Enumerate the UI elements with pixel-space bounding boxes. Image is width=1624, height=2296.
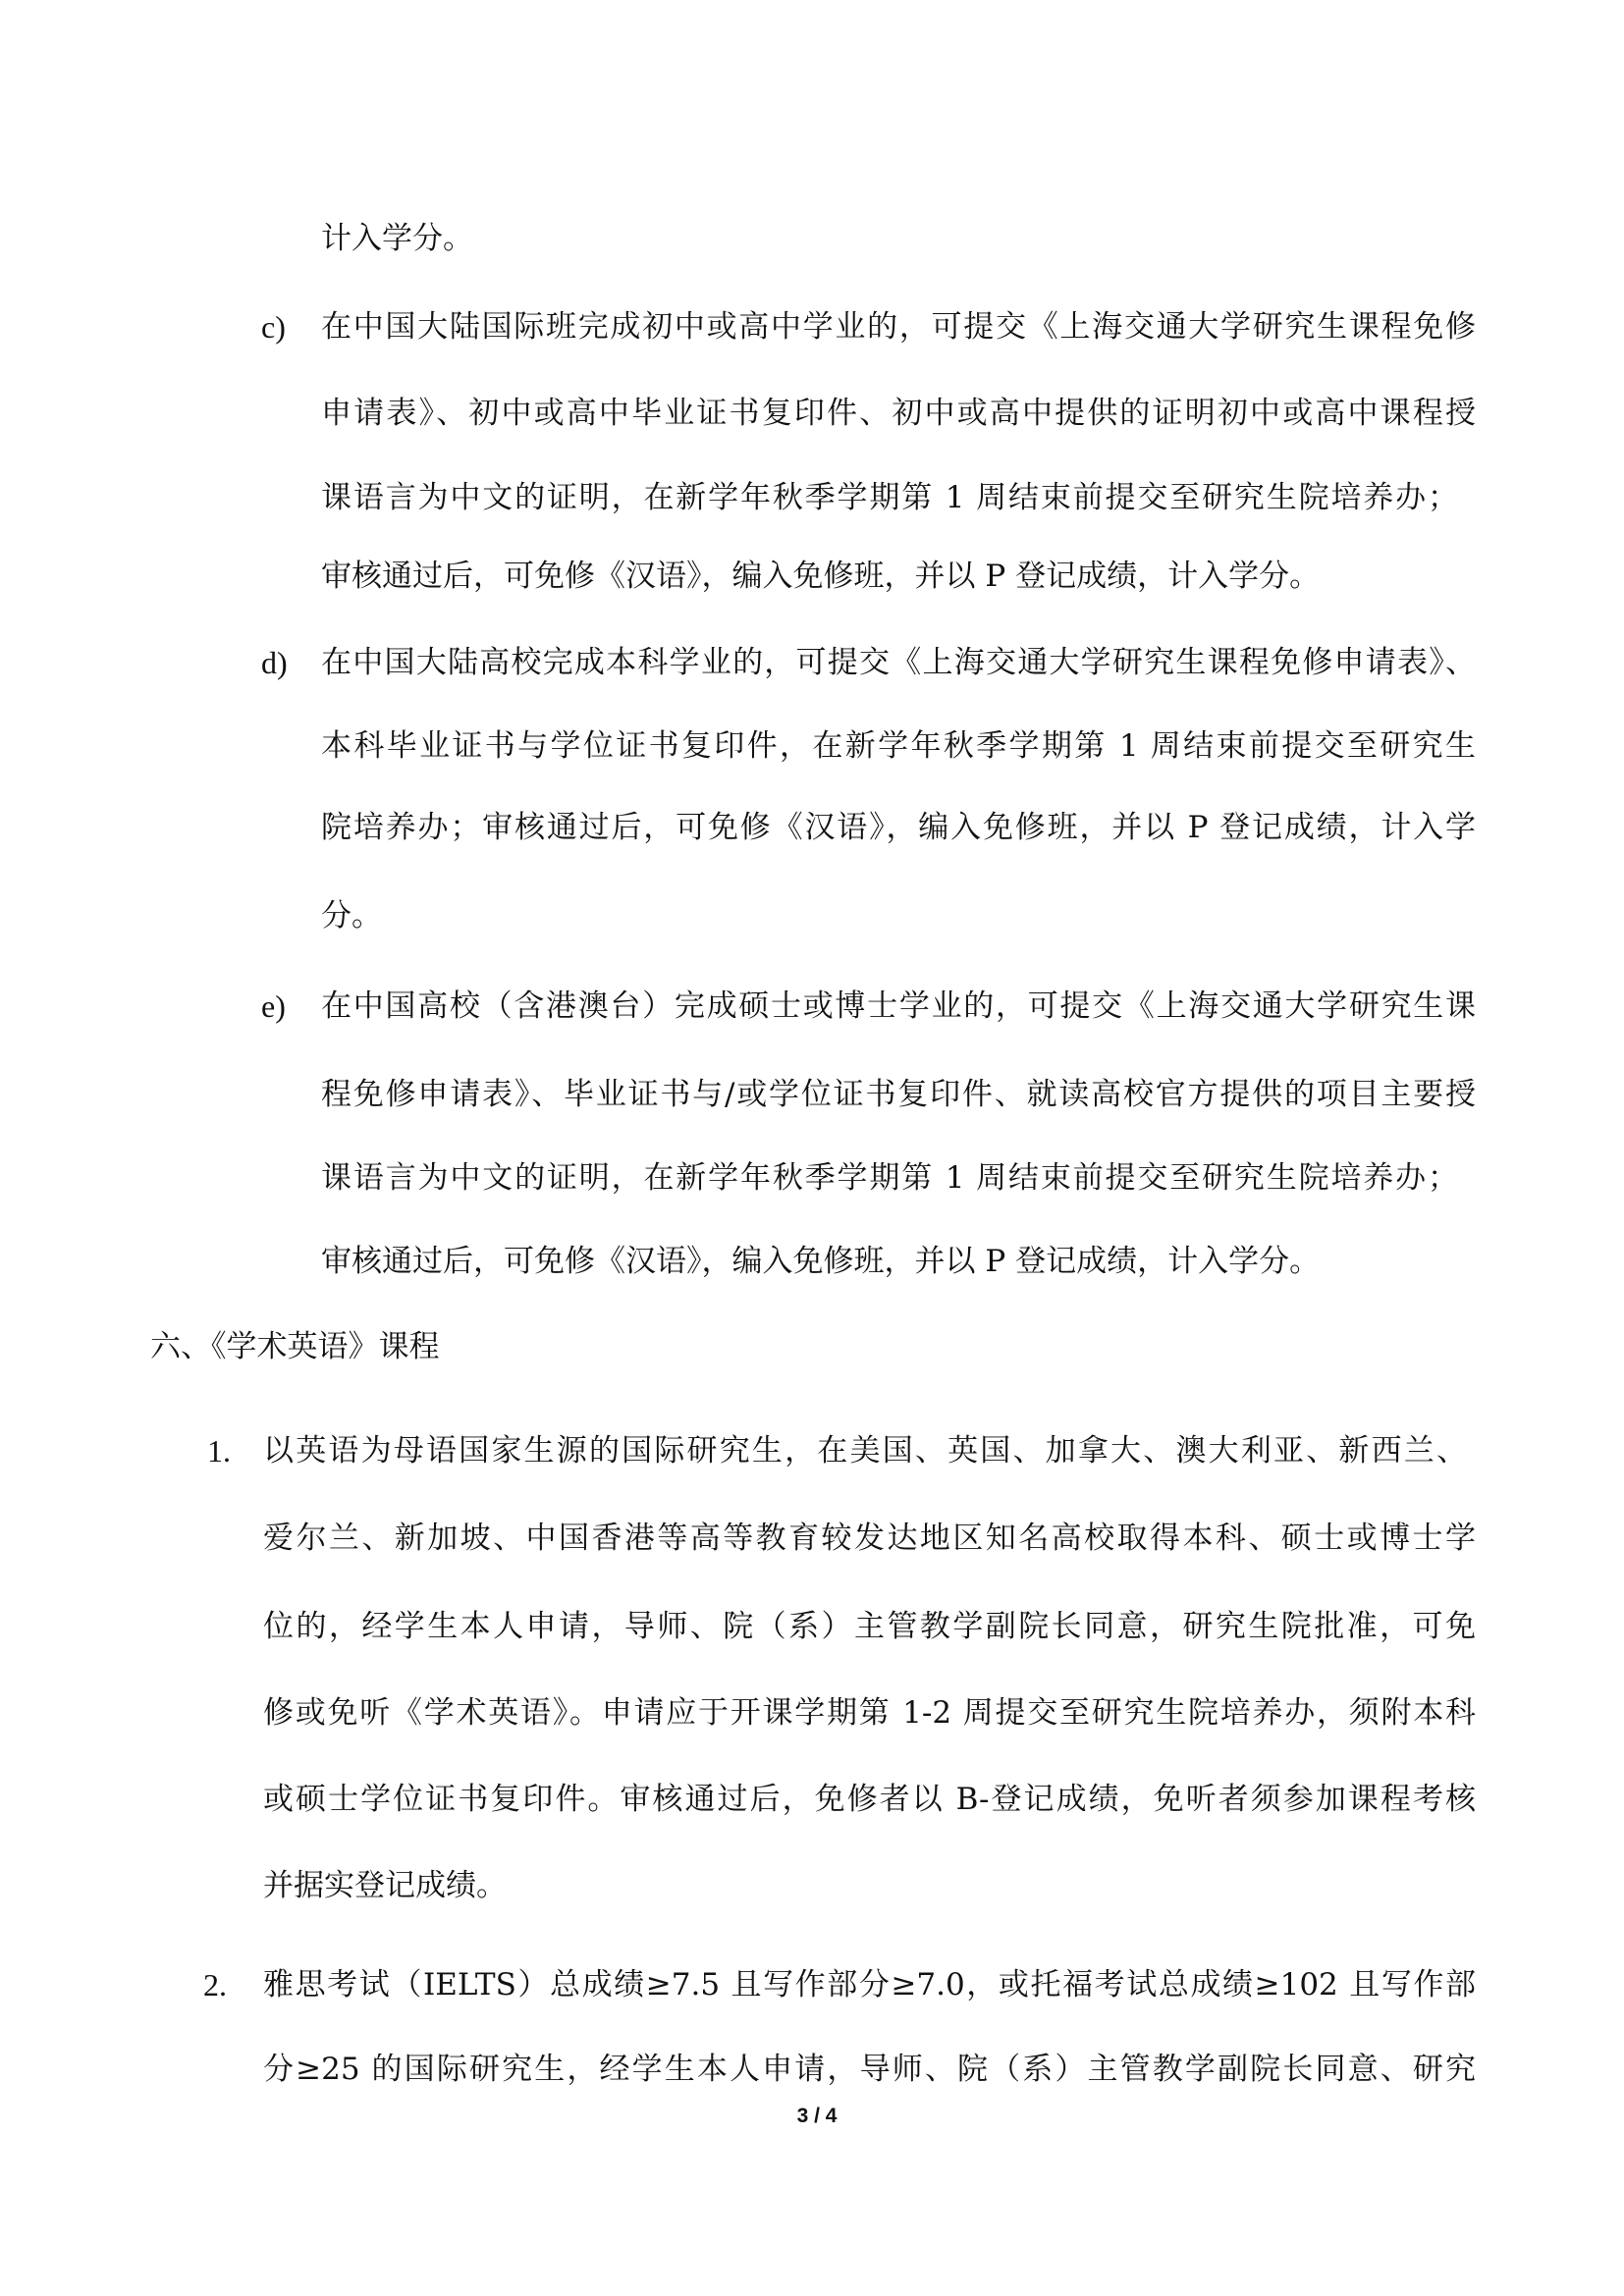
paragraph-line: 课语言为中文的证明，在新学年秋季学期第 1 周结束前提交至研究生院培养办； — [321, 1158, 1458, 1198]
list-label-1: 1. — [207, 1431, 231, 1470]
paragraph-line: 审核通过后，可免修《汉语》，编入免修班，并以 P 登记成绩，计入学分。 — [321, 557, 1476, 596]
paragraph-line: 位的，经学生本人申请，导师、院（系）主管教学副院长同意，研究生院批准，可免 — [263, 1607, 1476, 1646]
paragraph-line: 爱尔兰、新加坡、中国香港等高等教育较发达地区知名高校取得本科、硕士或博士学 — [263, 1519, 1476, 1558]
list-label-2: 2. — [203, 1965, 227, 2004]
page-number: 3 / 4 — [763, 2103, 871, 2130]
list-label-c: c) — [261, 307, 286, 347]
list-label-e: e) — [261, 987, 286, 1026]
paragraph-line: 程免修申请表》、毕业证书与/或学位证书复印件、就读高校官方提供的项目主要授 — [321, 1075, 1476, 1114]
list-label-d: d) — [261, 643, 288, 682]
paragraph-line: 课语言为中文的证明，在新学年秋季学期第 1 周结束前提交至研究生院培养办； — [321, 478, 1458, 517]
paragraph-line: 以英语为母语国家生源的国际研究生，在美国、英国、加拿大、澳大利亚、新西兰、 — [263, 1431, 1467, 1470]
paragraph-line: 分≥25 的国际研究生，经学生本人申请，导师、院（系）主管教学副院长同意、研究 — [263, 2050, 1476, 2089]
paragraph-line: 院培养办；审核通过后，可免修《汉语》，编入免修班，并以 P 登记成绩，计入学 — [321, 808, 1476, 847]
paragraph-line: 在中国高校（含港澳台）完成硕士或博士学业的，可提交《上海交通大学研究生课 — [321, 987, 1476, 1026]
paragraph-line: 修或免听《学术英语》。申请应于开课学期第 1-2 周提交至研究生院培养办，须附本… — [263, 1693, 1476, 1733]
paragraph-line: 或硕士学位证书复印件。审核通过后，免修者以 B-登记成绩，免听者须参加课程考核 — [263, 1780, 1476, 1819]
paragraph-line: 分。 — [321, 896, 1476, 935]
section-heading: 六、《学术英语》课程 — [150, 1327, 440, 1366]
paragraph-line: 本科毕业证书与学位证书复印件，在新学年秋季学期第 1 周结束前提交至研究生 — [321, 726, 1476, 766]
paragraph-line: 审核通过后，可免修《汉语》，编入免修班，并以 P 登记成绩，计入学分。 — [321, 1242, 1476, 1281]
document-page: 计入学分。 c) 在中国大陆国际班完成初中或高中学业的，可提交《上海交通大学研究… — [0, 0, 1624, 2296]
paragraph-line: 计入学分。 — [321, 219, 1476, 258]
paragraph-line: 并据实登记成绩。 — [263, 1866, 1476, 1905]
paragraph-line: 在中国大陆国际班完成初中或高中学业的，可提交《上海交通大学研究生课程免修 — [321, 307, 1476, 347]
paragraph-line: 申请表》、初中或高中毕业证书复印件、初中或高中提供的证明初中或高中课程授 — [321, 394, 1476, 433]
paragraph-line: 在中国大陆高校完成本科学业的，可提交《上海交通大学研究生课程免修申请表》、 — [321, 643, 1476, 682]
paragraph-line: 雅思考试（IELTS）总成绩≥7.5 且写作部分≥7.0，或托福考试总成绩≥10… — [263, 1965, 1476, 2004]
